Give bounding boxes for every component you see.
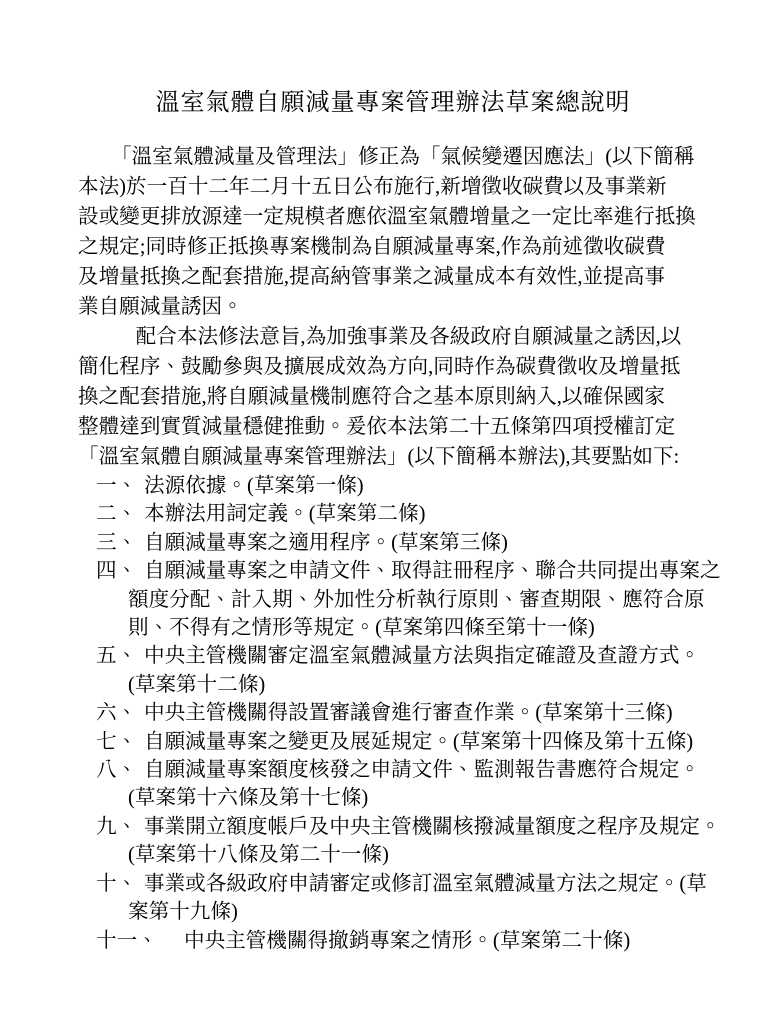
list-item: 四、自願減量專案之申請文件、取得註冊程序、聯合共同提出專案之額度分配、計入期、外… bbox=[96, 557, 708, 642]
list-item-line: 自願減量專案之申請文件、取得註冊程序、聯合共同提出專案之 bbox=[144, 557, 721, 585]
list-item: 七、自願減量專案之變更及展延規定。(草案第十四條及第十五條) bbox=[96, 728, 708, 756]
list-item-number: 八、 bbox=[96, 756, 144, 784]
list-item-number: 二、 bbox=[96, 500, 144, 528]
list-item-line: 本辦法用詞定義。(草案第二條) bbox=[144, 500, 708, 528]
list-item-line: (草案第十六條及第十七條) bbox=[128, 784, 708, 812]
list-item: 五、中央主管機關審定溫室氣體減量方法與指定確證及查證方式。(草案第十二條) bbox=[96, 642, 708, 699]
paragraph-line: 換之配套措施,將自願減量機制應符合之基本原則納入,以確保國家 bbox=[78, 382, 708, 412]
list-item-line: 自願減量專案之適用程序。(草案第三條) bbox=[144, 529, 708, 557]
list-item-number: 九、 bbox=[96, 813, 144, 841]
paragraph-line: 及增量抵換之配套措施,提高納管事業之減量成本有效性,並提高事 bbox=[78, 262, 708, 292]
list-item-line: 中央主管機關得設置審議會進行審查作業。(草案第十三條) bbox=[144, 699, 708, 727]
list-item: 九、事業開立額度帳戶及中央主管機關核撥減量額度之程序及規定。(草案第十八條及第二… bbox=[96, 813, 708, 870]
list-item-line: 額度分配、計入期、外加性分析執行原則、審查期限、應符合原 bbox=[128, 586, 721, 614]
list-item-number: 六、 bbox=[96, 699, 144, 727]
list-item-line: (草案第十八條及第二十一條) bbox=[128, 841, 721, 869]
paragraph-line: 整體達到實質減量穩健推動。爰依本法第二十五條第四項授權訂定 bbox=[78, 412, 708, 442]
list-item-line: (草案第十二條) bbox=[128, 671, 708, 699]
list-item-line: 事業或各級政府申請審定或修訂溫室氣體減量方法之規定。(草 bbox=[144, 870, 708, 898]
list-item-number: 十、 bbox=[96, 870, 144, 898]
paragraph-line: 簡化程序、鼓勵參與及擴展成效為方向,同時作為碳費徵收及增量抵 bbox=[78, 352, 708, 382]
paragraph-line: 「溫室氣體減量及管理法」修正為「氣候變遷因應法」(以下簡稱 bbox=[78, 142, 708, 172]
list-item-line: 自願減量專案額度核發之申請文件、監測報告書應符合規定。 bbox=[144, 756, 708, 784]
list-item: 八、自願減量專案額度核發之申請文件、監測報告書應符合規定。(草案第十六條及第十七… bbox=[96, 756, 708, 813]
list-item-text: 自願減量專案之變更及展延規定。(草案第十四條及第十五條) bbox=[144, 728, 708, 756]
list-item-number: 十一、 bbox=[96, 927, 184, 955]
list-item-number: 三、 bbox=[96, 529, 144, 557]
document-title: 溫室氣體自願減量專案管理辦法草案總說明 bbox=[78, 84, 708, 122]
paragraph-line: 「溫室氣體自願減量專案管理辦法」(以下簡稱本辦法),其要點如下: bbox=[78, 442, 708, 472]
list-item-line: 中央主管機關審定溫室氣體減量方法與指定確證及查證方式。 bbox=[144, 642, 708, 670]
list-item: 三、自願減量專案之適用程序。(草案第三條) bbox=[96, 529, 708, 557]
list-item-text: 中央主管機關審定溫室氣體減量方法與指定確證及查證方式。(草案第十二條) bbox=[144, 642, 708, 699]
paragraph-line: 之規定;同時修正抵換專案機制為自願減量專案,作為前述徵收碳費 bbox=[78, 232, 708, 262]
list-item-line: 則、不得有之情形等規定。(草案第四條至第十一條) bbox=[128, 614, 721, 642]
list-item: 六、中央主管機關得設置審議會進行審查作業。(草案第十三條) bbox=[96, 699, 708, 727]
paragraph-line: 本法)於一百十二年二月十五日公布施行,新增徵收碳費以及事業新 bbox=[78, 172, 708, 202]
key-points-list: 一、法源依據。(草案第一條)二、本辦法用詞定義。(草案第二條)三、自願減量專案之… bbox=[96, 472, 708, 955]
list-item-text: 中央主管機關得設置審議會進行審查作業。(草案第十三條) bbox=[144, 699, 708, 727]
list-item: 二、本辦法用詞定義。(草案第二條) bbox=[96, 500, 708, 528]
list-item-line: 案第十九條) bbox=[128, 898, 708, 926]
list-item: 一、法源依據。(草案第一條) bbox=[96, 472, 708, 500]
list-item-text: 本辦法用詞定義。(草案第二條) bbox=[144, 500, 708, 528]
document-page: 溫室氣體自願減量專案管理辦法草案總說明 「溫室氣體減量及管理法」修正為「氣候變遷… bbox=[0, 0, 768, 1024]
paragraph: 配合本法修法意旨,為加強事業及各級政府自願減量之誘因,以簡化程序、鼓勵參與及擴展… bbox=[78, 322, 708, 472]
paragraph-line: 設或變更排放源達一定規模者應依溫室氣體增量之一定比率進行抵換 bbox=[78, 202, 708, 232]
list-item: 十、事業或各級政府申請審定或修訂溫室氣體減量方法之規定。(草案第十九條) bbox=[96, 870, 708, 927]
list-item-text: 自願減量專案之申請文件、取得註冊程序、聯合共同提出專案之額度分配、計入期、外加性… bbox=[144, 557, 721, 642]
list-item-text: 中央主管機關得撤銷專案之情形。(草案第二十條) bbox=[184, 927, 708, 955]
list-item-line: 中央主管機關得撤銷專案之情形。(草案第二十條) bbox=[184, 927, 708, 955]
list-item-line: 法源依據。(草案第一條) bbox=[144, 472, 708, 500]
paragraph-line: 業自願減量誘因。 bbox=[78, 292, 708, 322]
list-item-text: 事業開立額度帳戶及中央主管機關核撥減量額度之程序及規定。(草案第十八條及第二十一… bbox=[144, 813, 721, 870]
list-item-number: 五、 bbox=[96, 642, 144, 670]
list-item: 十一、中央主管機關得撤銷專案之情形。(草案第二十條) bbox=[96, 927, 708, 955]
paragraph: 「溫室氣體減量及管理法」修正為「氣候變遷因應法」(以下簡稱本法)於一百十二年二月… bbox=[78, 142, 708, 322]
list-item-number: 四、 bbox=[96, 557, 144, 585]
list-item-text: 自願減量專案之適用程序。(草案第三條) bbox=[144, 529, 708, 557]
list-item-text: 事業或各級政府申請審定或修訂溫室氣體減量方法之規定。(草案第十九條) bbox=[144, 870, 708, 927]
list-item-number: 一、 bbox=[96, 472, 144, 500]
list-item-line: 事業開立額度帳戶及中央主管機關核撥減量額度之程序及規定。 bbox=[144, 813, 721, 841]
list-item-line: 自願減量專案之變更及展延規定。(草案第十四條及第十五條) bbox=[144, 728, 708, 756]
list-item-text: 法源依據。(草案第一條) bbox=[144, 472, 708, 500]
list-item-number: 七、 bbox=[96, 728, 144, 756]
list-item-text: 自願減量專案額度核發之申請文件、監測報告書應符合規定。(草案第十六條及第十七條) bbox=[144, 756, 708, 813]
intro-paragraphs: 「溫室氣體減量及管理法」修正為「氣候變遷因應法」(以下簡稱本法)於一百十二年二月… bbox=[78, 142, 708, 472]
paragraph-line: 配合本法修法意旨,為加強事業及各級政府自願減量之誘因,以 bbox=[78, 322, 708, 352]
